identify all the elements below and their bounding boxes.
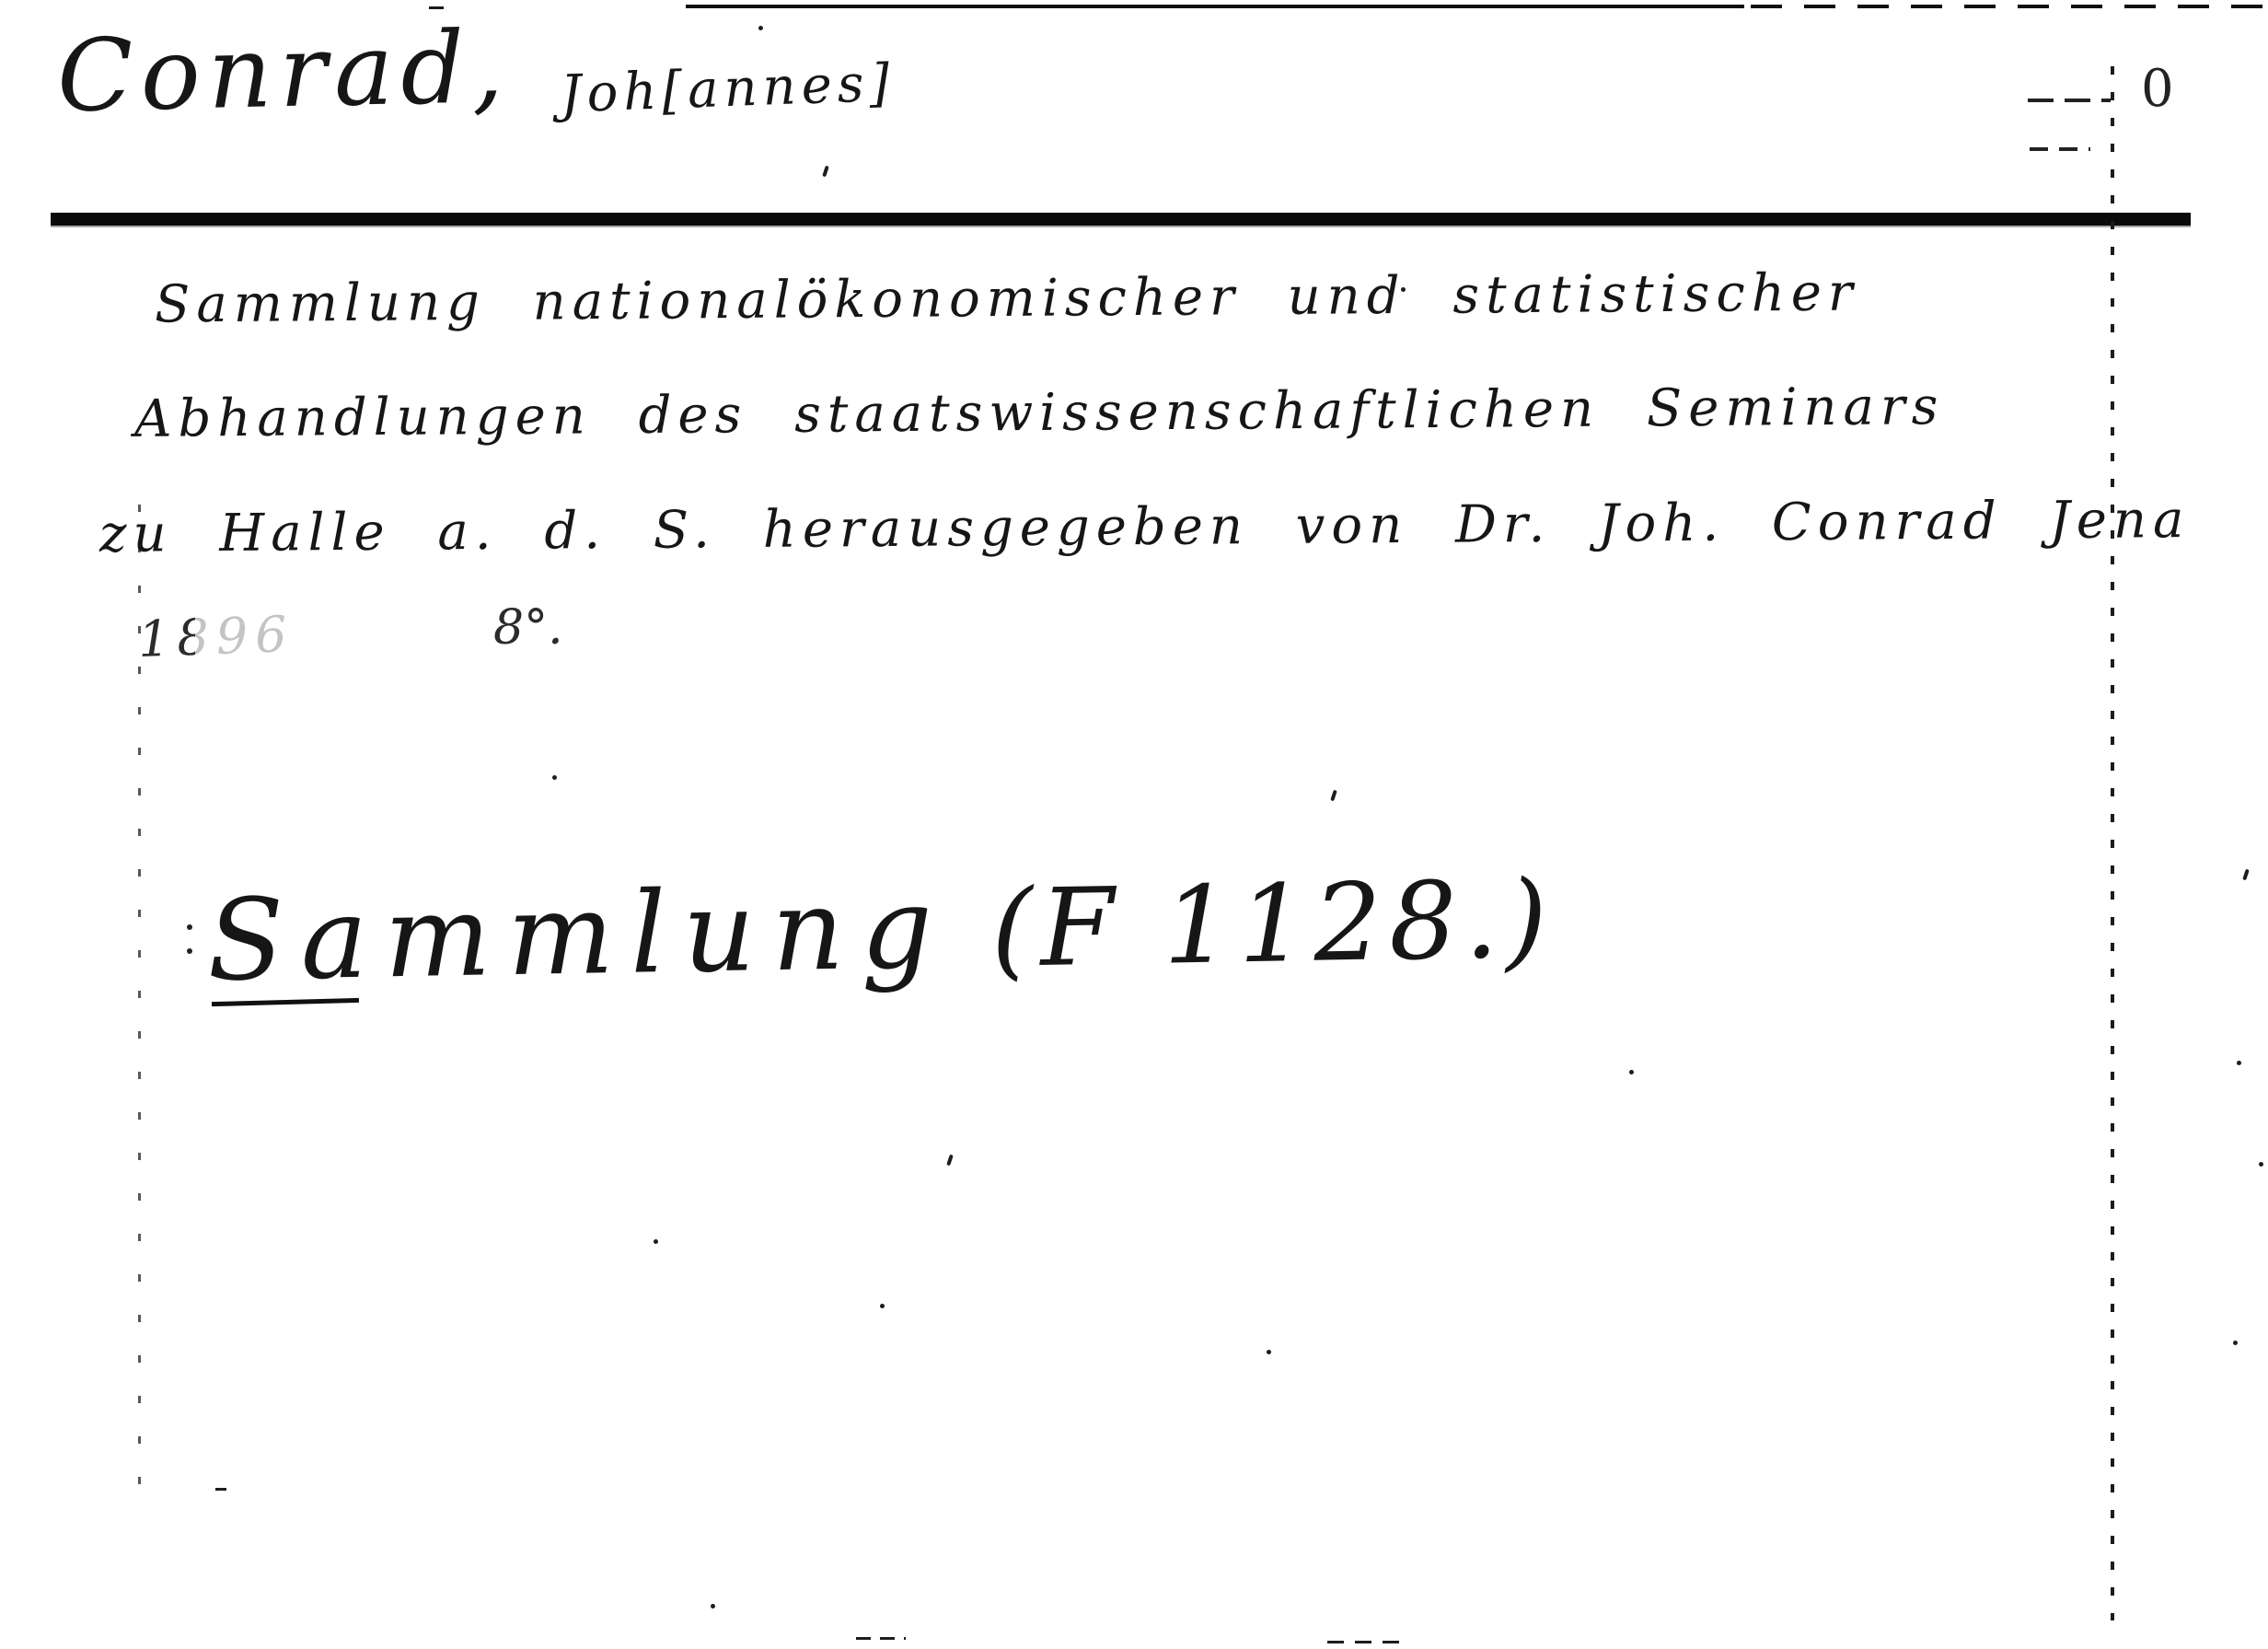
scan-speck	[654, 1239, 658, 1244]
entry-line-2: Abhandlungen des staatswissenschaftliche…	[134, 377, 1945, 449]
shelfmark-number: (F 1128.)	[990, 857, 1556, 992]
scan-speck	[1401, 287, 1406, 292]
scan-speck	[2259, 1162, 2263, 1167]
entry-line-3: zu Halle a. d. S. herausgegeben von Dr. …	[99, 490, 2191, 564]
scan-speck	[1267, 1350, 1271, 1354]
scan-speck	[822, 166, 829, 178]
scan-speck	[1327, 1641, 1406, 1643]
entry-format-octavo: 8°.	[493, 600, 563, 656]
corner-dash-group-1	[2028, 99, 2111, 102]
corner-dash-group-2	[2030, 147, 2090, 151]
scan-speck	[2237, 1061, 2241, 1065]
scan-speck	[946, 1155, 954, 1167]
card-heading: Conrad, Joh[annes]	[57, 15, 895, 130]
top-edge-line	[686, 5, 1744, 8]
scan-speck	[880, 1304, 885, 1308]
scan-speck	[856, 1637, 906, 1640]
scan-speck	[758, 26, 763, 30]
corner-page-number: 0	[2141, 59, 2174, 119]
catalog-card-scan: Conrad, Joh[annes] 0 Sammlung nationalök…	[0, 0, 2268, 1649]
scan-speck	[1629, 1070, 1634, 1074]
scan-speck	[2242, 869, 2250, 881]
top-edge-dashes	[1751, 5, 2266, 8]
scan-speck	[2233, 1341, 2238, 1345]
shelfmark-label: Sammlung	[206, 863, 950, 1006]
author-surname: Conrad,	[56, 10, 512, 134]
scan-speck	[215, 1488, 226, 1491]
year-fade-smudge	[195, 600, 296, 672]
shelfmark: Sammlung (F 1128.)	[206, 852, 1556, 1006]
scan-speck	[711, 1604, 715, 1608]
header-divider-rule	[51, 213, 2191, 226]
shelfmark-colon-dot	[187, 924, 192, 930]
entry-line-1: Sammlung nationalökonomischer und statis…	[155, 263, 1859, 335]
author-forename: Joh[annes]	[560, 53, 896, 125]
top-edge-tiny-dash	[429, 6, 444, 9]
scan-speck	[1330, 790, 1337, 802]
right-margin-dotted-line	[2111, 66, 2114, 1620]
scan-speck	[552, 775, 557, 780]
shelfmark-colon-dot	[187, 948, 192, 954]
